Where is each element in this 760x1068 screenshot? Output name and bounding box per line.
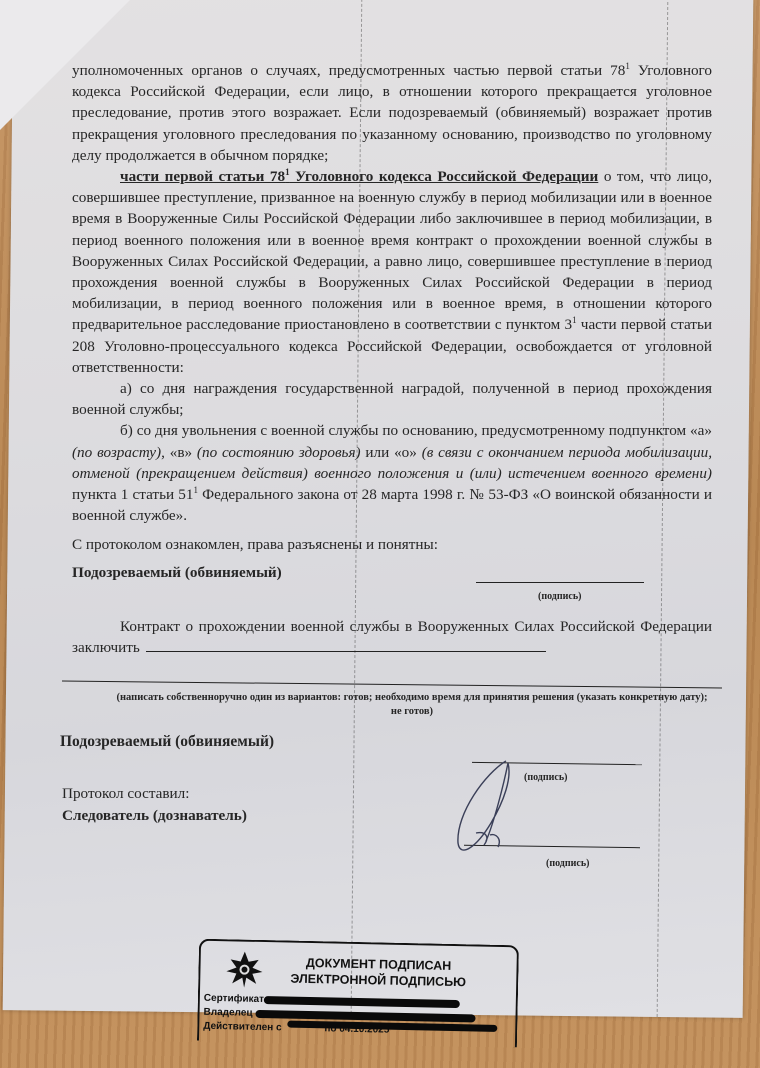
owner-label: Владелец (203, 1007, 252, 1019)
contract-statement: Контракт о прохождении военной службы в … (72, 616, 712, 658)
ministry-emblem-icon (222, 949, 267, 990)
protocol-by-label: Протокол составил: (62, 783, 189, 804)
item-a: а) со дня награждения государственной на… (72, 378, 712, 420)
electronic-signature-stamp: ДОКУМЕНТ ПОДПИСАН ЭЛЕКТРОННОЙ ПОДПИСЬЮ С… (197, 939, 519, 1048)
signature-line (476, 582, 644, 583)
item-b: б) со дня увольнения с военной службы по… (72, 420, 712, 526)
signature-caption: (подпись) (546, 853, 589, 874)
contract-answer-line (146, 651, 546, 652)
paragraph-prosecution-objection: уполномоченных органов о случаях, предус… (72, 60, 712, 166)
suspect-signature-block-1: Подозреваемый (обвиняемый) (подпись) (72, 562, 712, 612)
answer-line (62, 681, 722, 689)
suspect-signature-block-2: Подозреваемый (обвиняемый) (подпись) (72, 731, 712, 791)
stamp-title: ДОКУМЕНТ ПОДПИСАН ЭЛЕКТРОННОЙ ПОДПИСЬЮ (278, 954, 479, 990)
document-body: уполномоченных органов о случаях, предус… (72, 60, 712, 871)
article-reference: части первой статьи 781 Уголовного кодек… (120, 168, 598, 185)
investigator-block: Протокол составил: Следователь (дознават… (72, 791, 712, 871)
signature-caption: (подпись) (538, 586, 581, 607)
paragraph-article-78: части первой статьи 781 Уголовного кодек… (72, 166, 712, 378)
handwritten-signature-icon (446, 753, 546, 863)
acknowledgement-text: С протоколом ознакомлен, права разъяснен… (72, 534, 712, 555)
suspect-label: Подозреваемый (обвиняемый) (60, 731, 274, 752)
instruction-note: (написать собственноручно один из вариан… (112, 691, 712, 719)
suspect-label: Подозреваемый (обвиняемый) (72, 562, 282, 583)
certificate-label: Сертификат (204, 993, 264, 1005)
investigator-label: Следователь (дознаватель) (62, 805, 247, 826)
redaction-mark (264, 996, 460, 1008)
